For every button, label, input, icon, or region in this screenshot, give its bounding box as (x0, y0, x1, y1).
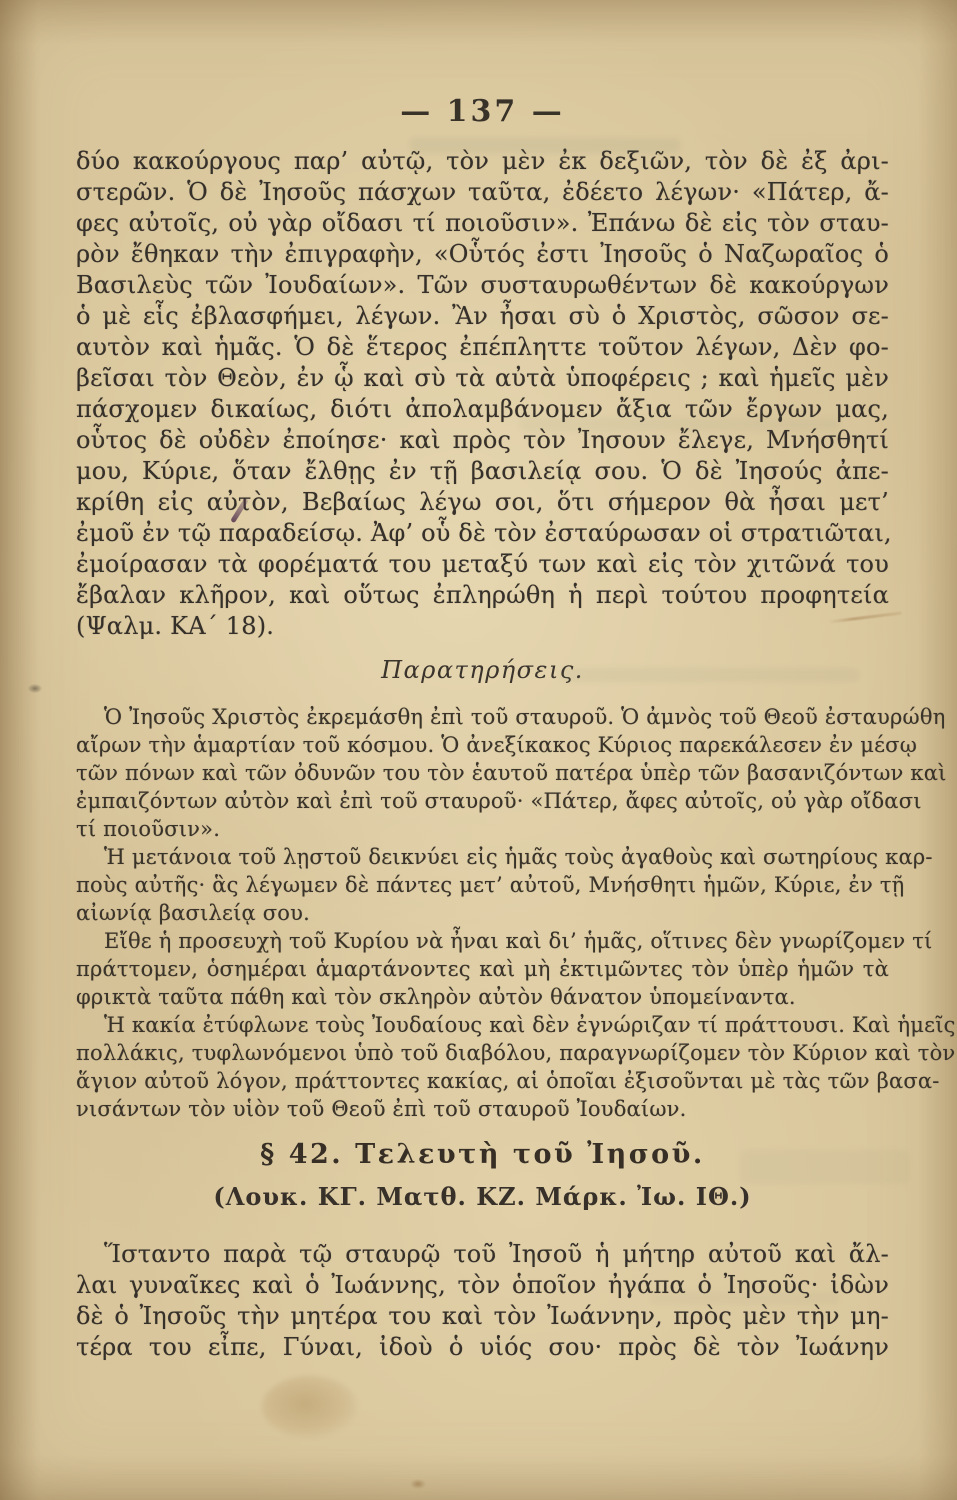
text-line: ἐμοῦ ἐν τῷ παραδείσῳ. Ἀφ’ οὗ δὲ τὸν ἐστα… (76, 518, 889, 549)
text-line: φες αὐτοῖς, οὐ γὰρ οἴδασι τί ποιοῦσιν». … (76, 208, 889, 239)
text-line: αυτὸν καὶ ἡμᾶς. Ὁ δὲ ἕτερος ἐπέπληττε το… (76, 332, 889, 363)
text-line: βεῖσαι τὸν Θεὸν, ἐν ᾧ καὶ σὺ τὰ αὐτὰ ὑπο… (76, 363, 889, 394)
text-line: ἐμοίρασαν τὰ φορέματά του μεταξύ των καὶ… (76, 549, 889, 580)
text-line: Ἡ κακία ἐτύφλωνε τοὺς Ἰουδαίους καὶ δὲν … (76, 1011, 889, 1039)
text-line: πράττομεν, ὁσημέραι ἁμαρτάνοντες καὶ μὴ … (76, 955, 889, 983)
text-line: στερῶν. Ὁ δὲ Ἰησοῦς πάσχων ταῦτα, ἐδέετο… (76, 177, 889, 208)
closing-paragraph: Ἵσταντο παρὰ τῷ σταυρῷ τοῦ Ἰησοῦ ἡ μήτηρ… (76, 1239, 889, 1363)
paper-stain (262, 1376, 358, 1438)
observations-section: Ὁ Ἰησοῦς Χριστὸς ἐκρεμάσθη ἐπὶ τοῦ σταυρ… (76, 703, 889, 1123)
section-references: (Λουκ. ΚΓ. Ματθ. ΚΖ. Μάρκ. Ἰω. ΙΘ.) (76, 1181, 889, 1213)
text-line: αἴρων τὴν ἁμαρτίαν τοῦ κόσμου. Ὁ ἀνεξίκα… (76, 731, 889, 759)
text-line: πάσχομεν δικαίως, διότι ἀπολαμβάνομεν ἄξ… (76, 394, 889, 425)
paper-stain (410, 1479, 426, 1489)
page-number: — 137 — (76, 94, 889, 130)
observations-heading: Παρατηρήσεις. (76, 654, 889, 687)
text-line: ὁ μὲ εἷς ἐβλασφήμει, λέγων. Ἂν ἦσαι σὺ ὁ… (76, 301, 889, 332)
text-line: (Ψαλμ. ΚΑ´ 18). (76, 611, 889, 642)
text-line: Βασιλεὺς τῶν Ἰουδαίων». Τῶν συσταυρωθέντ… (76, 270, 889, 301)
book-page-scan: — 137 — δύο κακούργους παρ’ αὐτῷ, τὸν μὲ… (0, 0, 957, 1500)
text-line: λαι γυναῖκες καὶ ὁ Ἰωάννης, τὸν ὁποῖον ἠ… (76, 1270, 889, 1301)
text-line: ἔβαλαν κλῆρον, καὶ οὕτως ἐπληρώθη ἡ περὶ… (76, 580, 889, 611)
main-paragraph: δύο κακούργους παρ’ αὐτῷ, τὸν μὲν ἐκ δεξ… (76, 146, 889, 642)
paper-stain (28, 684, 42, 693)
text-line: Ὁ Ἰησοῦς Χριστὸς ἐκρεμάσθη ἐπὶ τοῦ σταυρ… (76, 703, 889, 731)
text-line: Ἡ μετάνοια τοῦ λῃστοῦ δεικνύει εἰς ἡμᾶς … (76, 843, 889, 871)
text-line: δύο κακούργους παρ’ αὐτῷ, τὸν μὲν ἐκ δεξ… (76, 146, 889, 177)
text-line: Ἵσταντο παρὰ τῷ σταυρῷ τοῦ Ἰησοῦ ἡ μήτηρ… (76, 1239, 889, 1270)
text-line: ἐμπαιζόντων αὐτὸν καὶ ἐπὶ τοῦ σταυροῦ· «… (76, 787, 889, 815)
section-heading: § 42. Τελευτὴ τοῦ Ἰησοῦ. (76, 1137, 889, 1173)
text-line: φρικτὰ ταῦτα πάθη καὶ τὸν σκληρὸν αὐτὸν … (76, 983, 889, 1011)
text-line: μου, Κύριε, ὅταν ἔλθῃς ἐν τῇ βασιλείᾳ σο… (76, 456, 889, 487)
text-line: τῶν πόνων καὶ τῶν ὀδυνῶν του τὸν ἑαυτοῦ … (76, 759, 889, 787)
text-line: τέρα του εἶπε, Γύναι, ἰδοὺ ὁ υἱός σου· π… (76, 1332, 889, 1363)
text-line: τί ποιοῦσιν». (76, 815, 889, 843)
text-line: ἅγιον αὐτοῦ λόγον, πράττοντες κακίας, αἱ… (76, 1067, 889, 1095)
text-line: πολλάκις, τυφλωνόμενοι ὑπὸ τοῦ διαβόλου,… (76, 1039, 889, 1067)
text-line: νισάντων τὸν υἱὸν τοῦ Θεοῦ ἐπὶ τοῦ σταυρ… (76, 1095, 889, 1123)
text-line: ποὺς αὐτῆς· ἃς λέγωμεν δὲ πάντες μετ’ αὐ… (76, 871, 889, 899)
text-line: οὗτος δὲ οὐδὲν ἐποίησε· καὶ πρὸς τὸν Ἰησ… (76, 425, 889, 456)
text-line: κρίθη εἰς αὐτὸν, Βεβαίως λέγω σοι, ὅτι σ… (76, 487, 889, 518)
text-line: Εἴθε ἡ προσευχὴ τοῦ Κυρίου νὰ ἦναι καὶ δ… (76, 927, 889, 955)
text-line: αἰωνίᾳ βασιλείᾳ σου. (76, 899, 889, 927)
text-line: δὲ ὁ Ἰησοῦς τὴν μητέρα του καὶ τὸν Ἰωάνν… (76, 1301, 889, 1332)
text-line: ρὸν ἔθηκαν τὴν ἐπιγραφὴν, «Οὗτός ἐστι Ἰη… (76, 239, 889, 270)
